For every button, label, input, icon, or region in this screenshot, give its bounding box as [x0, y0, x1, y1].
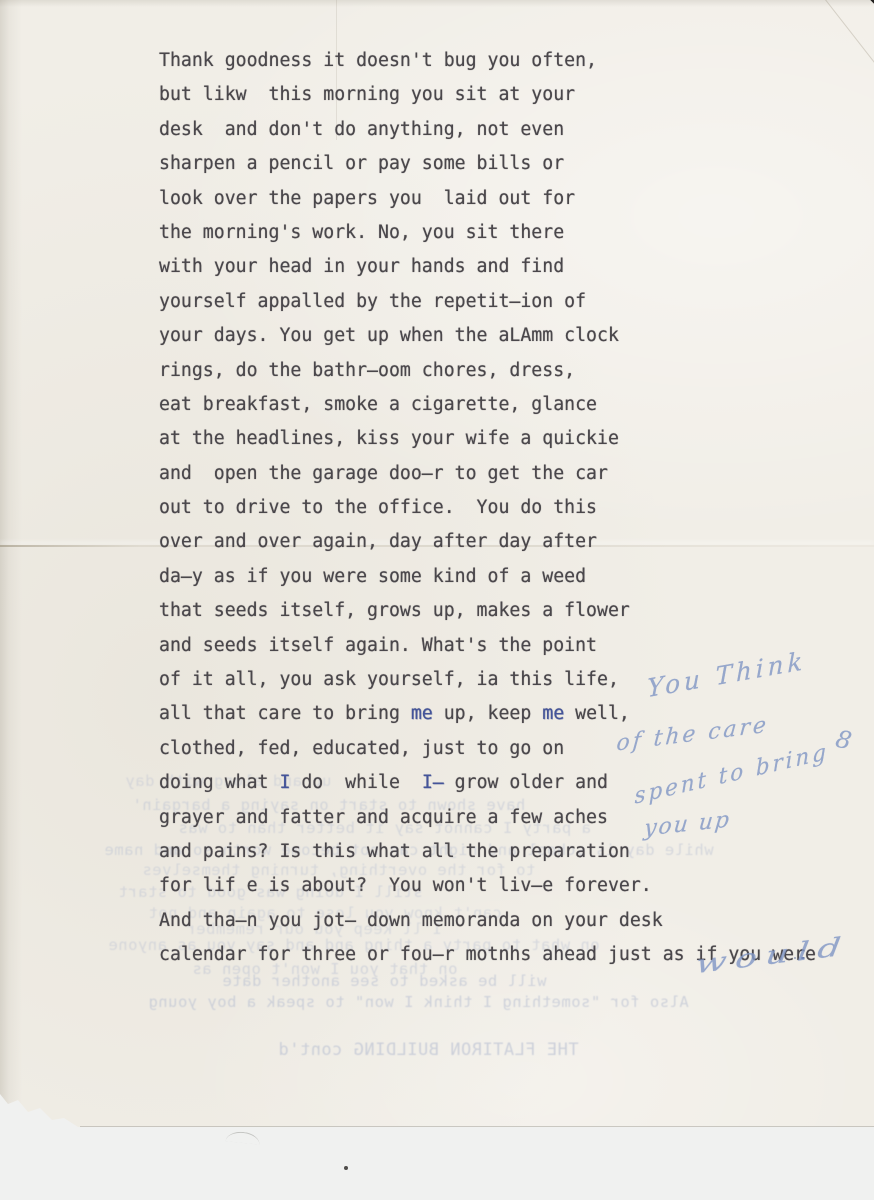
scan-corner-gap	[863, 0, 874, 11]
typed-line: your days. You get up when the aLAmm clo…	[159, 319, 839, 353]
typed-line: rings, do the bathr̶oom chores, dress,	[159, 354, 839, 388]
typed-line: Thank goodness it doesn't bug you often,	[159, 44, 839, 78]
pen-overtraced-word: I̶	[422, 772, 444, 793]
pen-overtraced-word: I	[279, 772, 290, 793]
paper-edge-line	[80, 1126, 874, 1127]
typed-line: eat breakfast, smoke a cigarette, glance	[159, 388, 839, 422]
typed-line: with your head in your hands and find	[159, 250, 839, 284]
paper-left-edge-shading	[0, 0, 26, 1200]
typed-line: grayer and fatter and acquire a few ache…	[159, 801, 839, 835]
typed-line: desk and don't do anything, not even	[159, 113, 839, 147]
pen-overtraced-word: me	[411, 703, 433, 724]
bleedthrough-line: Also for "something I think I won" to sp…	[148, 993, 689, 1011]
typed-line: at the headlines, kiss your wife a quick…	[159, 422, 839, 456]
bleedthrough-line: will be asked to see another date	[222, 972, 546, 990]
typed-line: and open the garage doo̶r to get the car	[159, 457, 839, 491]
typed-line: the morning's work. No, you sit there	[159, 216, 839, 250]
typed-line: out to drive to the office. You do this	[159, 491, 839, 525]
typed-line: but likw this morning you sit at your	[159, 78, 839, 112]
bleedthrough-line: THE FLATIRON BUILDING cont'd	[278, 1040, 579, 1060]
scanned-letter-page: up and along with dayhave shown to start…	[0, 0, 874, 1200]
typed-line: look over the papers you laid out for	[159, 182, 839, 216]
typed-line: and pains? Is this what all the preparat…	[159, 835, 839, 869]
typed-line: that seeds itself, grows up, makes a flo…	[159, 594, 839, 628]
typed-line: da̶y as if you were some kind of a weed	[159, 560, 839, 594]
typed-line: for lif e is about? You won't liv̶e fore…	[159, 869, 839, 903]
typed-line: sharpen a pencil or pay some bills or	[159, 147, 839, 181]
pen-overtraced-word: me	[542, 703, 564, 724]
typed-text: Thank goodness it doesn't bug you often,…	[159, 44, 839, 973]
ink-speck	[344, 1166, 348, 1170]
paper-top-edge-shading	[0, 0, 874, 7]
typed-line: yourself appalled by the repetit̶ion of	[159, 285, 839, 319]
typed-line: And tha̶n you jot̶ down memoranda on you…	[159, 904, 839, 938]
bottom-paper-strip	[0, 1088, 874, 1200]
typed-line: over and over again, day after day after	[159, 525, 839, 559]
